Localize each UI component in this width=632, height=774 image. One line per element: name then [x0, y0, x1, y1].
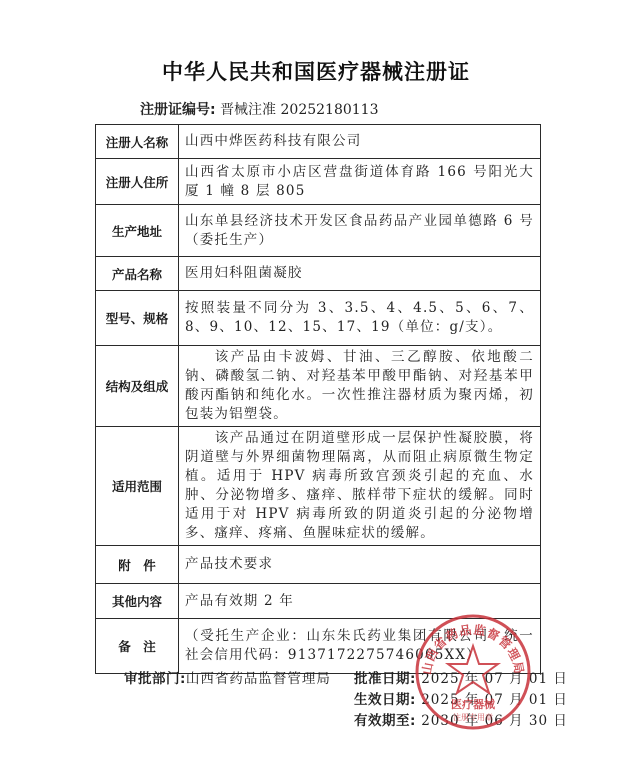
row-label: 型号、规格: [96, 291, 179, 346]
row-value: 医用妇科阻菌凝胶: [179, 257, 541, 291]
table-row: 注册人住所 山西省太原市小店区营盘街道体育路 166 号阳光大厦 1 幢 8 层…: [96, 159, 541, 205]
row-label: 备 注: [96, 619, 179, 674]
expiry-date-label: 有效期至:: [354, 713, 416, 729]
table-row: 附 件 产品技术要求: [96, 546, 541, 584]
row-label: 注册人住所: [96, 159, 179, 205]
row-value: 山西省太原市小店区营盘街道体育路 166 号阳光大厦 1 幢 8 层 805: [179, 159, 541, 205]
table-row: 备 注 （受托生产企业：山东朱氏药业集团有限公司 统一社会信用代码：913717…: [96, 619, 541, 674]
row-value: 产品技术要求: [179, 546, 541, 584]
table-row: 型号、规格 按照装量不同分为 3、3.5、4、4.5、5、6、7、8、9、10、…: [96, 291, 541, 346]
table-row: 产品名称 医用妇科阻菌凝胶: [96, 257, 541, 291]
row-label: 产品名称: [96, 257, 179, 291]
certificate-table: 注册人名称 山西中烨医药科技有限公司 注册人住所 山西省太原市小店区营盘街道体育…: [95, 124, 541, 674]
expiry-date-value: 2030 年 06 月 30 日: [421, 713, 568, 729]
approval-dept-label: 审批部门:: [124, 671, 186, 687]
registration-number: 注册证编号: 晋械注准 20252180113: [140, 99, 379, 119]
row-value: 山东单县经济技术开发区食品药品产业园单德路 6 号（委托生产）: [179, 205, 541, 257]
table-row: 注册人名称 山西中烨医药科技有限公司: [96, 125, 541, 159]
approval-date: 批准日期: 2025 年 07 月 01 日: [354, 667, 568, 687]
row-value: 按照装量不同分为 3、3.5、4、4.5、5、6、7、8、9、10、12、15、…: [179, 291, 541, 346]
row-label: 结构及组成: [96, 346, 179, 427]
row-label: 生产地址: [96, 205, 179, 257]
registration-number-label: 注册证编号:: [140, 102, 216, 118]
table-row: 其他内容 产品有效期 2 年: [96, 584, 541, 619]
row-label: 附 件: [96, 546, 179, 584]
row-value: 产品有效期 2 年: [179, 584, 541, 619]
effective-date-value: 2025 年 07 月 01 日: [421, 692, 568, 708]
row-value: （受托生产企业：山东朱氏药业集团有限公司 统一社会信用代码：9137172275…: [179, 619, 541, 674]
row-label: 其他内容: [96, 584, 179, 619]
approval-date-value: 2025 年 07 月 01 日: [421, 671, 568, 687]
table-row: 适用范围 该产品通过在阴道壁形成一层保护性凝胶膜，将阴道壁与外界细菌物理隔离，从…: [96, 427, 541, 546]
registration-number-value: 晋械注准 20252180113: [220, 102, 378, 118]
row-value: 山西中烨医药科技有限公司: [179, 125, 541, 159]
effective-date-label: 生效日期:: [354, 692, 416, 708]
effective-date: 生效日期: 2025 年 07 月 01 日: [354, 688, 568, 708]
row-value: 该产品通过在阴道壁形成一层保护性凝胶膜，将阴道壁与外界细菌物理隔离，从而阻止病原…: [179, 427, 541, 546]
row-value: 该产品由卡波姆、甘油、三乙醇胺、依地酸二钠、磷酸氢二钠、对羟基苯甲酸甲酯钠、对羟…: [179, 346, 541, 427]
expiry-date: 有效期至: 2030 年 06 月 30 日: [354, 709, 568, 729]
table-row: 生产地址 山东单县经济技术开发区食品药品产业园单德路 6 号（委托生产）: [96, 205, 541, 257]
document-title: 中华人民共和国医疗器械注册证: [0, 56, 632, 86]
approval-department: 审批部门:山西省药品监督管理局: [124, 667, 331, 687]
row-label: 适用范围: [96, 427, 179, 546]
approval-date-label: 批准日期:: [354, 671, 416, 687]
row-label: 注册人名称: [96, 125, 179, 159]
approval-dept-value: 山西省药品监督管理局: [186, 671, 331, 687]
table-row: 结构及组成 该产品由卡波姆、甘油、三乙醇胺、依地酸二钠、磷酸氢二钠、对羟基苯甲酸…: [96, 346, 541, 427]
